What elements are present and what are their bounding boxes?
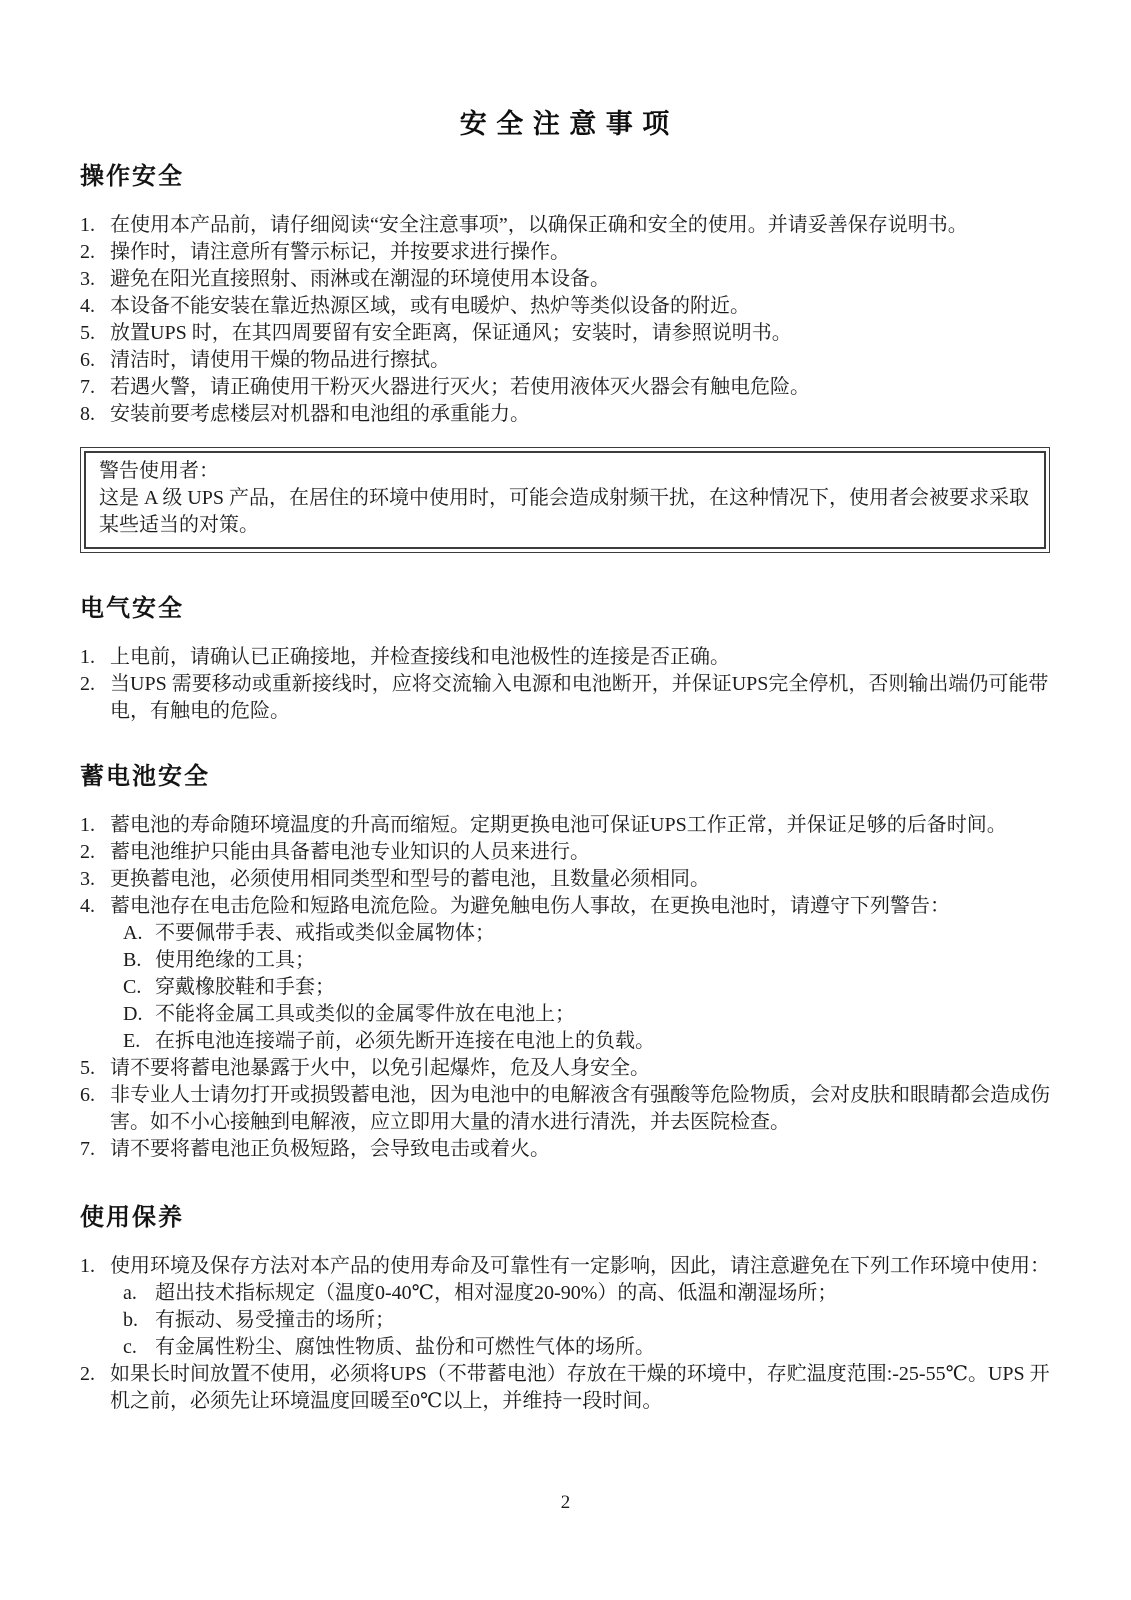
section-heading-operation-safety: 操作安全 bbox=[80, 162, 1050, 192]
list-item-text: 不能将金属工具或类似的金属零件放在电池上； bbox=[155, 1001, 1050, 1028]
list-item-text: 若遇火警，请正确使用干粉灭火器进行灭火；若使用液体灭火器会有触电危险。 bbox=[110, 374, 1050, 401]
list-item: 4.蓄电池存在电击危险和短路电流危险。为避免触电伤人事故，在更换电池时，请遵守下… bbox=[80, 893, 1050, 920]
list-item: 7.请不要将蓄电池正负极短路，会导致电击或着火。 bbox=[80, 1136, 1050, 1163]
list-item-number: 2. bbox=[80, 239, 110, 266]
list-item-text: 在使用本产品前，请仔细阅读“安全注意事项”，以确保正确和安全的使用。并请妥善保存… bbox=[110, 212, 1050, 239]
list-item-number: 1. bbox=[80, 812, 110, 839]
list-item-text: 穿戴橡胶鞋和手套； bbox=[155, 974, 1050, 1001]
list-item: 2.如果长时间放置不使用，必须将UPS（不带蓄电池）存放在干燥的环境中，存贮温度… bbox=[80, 1361, 1050, 1415]
list-item: c.有金属性粉尘、腐蚀性物质、盐份和可燃性气体的场所。 bbox=[80, 1334, 1050, 1361]
list-item-number: c. bbox=[123, 1334, 155, 1361]
list-item-text: 请不要将蓄电池正负极短路，会导致电击或着火。 bbox=[110, 1136, 1050, 1163]
list-item: A.不要佩带手表、戒指或类似金属物体； bbox=[80, 920, 1050, 947]
list-item-number: B. bbox=[123, 947, 155, 974]
warning-box-inner: 警告使用者：这是 A 级 UPS 产品，在居住的环境中使用时，可能会造成射频干扰… bbox=[84, 451, 1046, 549]
warning-box-line: 警告使用者： bbox=[99, 458, 1032, 485]
list-item-number: E. bbox=[123, 1028, 155, 1055]
list-item-number: 3. bbox=[80, 266, 110, 293]
list-item-number: D. bbox=[123, 1001, 155, 1028]
list-item: b.有振动、易受撞击的场所； bbox=[80, 1307, 1050, 1334]
document-page: 安 全 注 意 事 项 操作安全1.在使用本产品前，请仔细阅读“安全注意事项”，… bbox=[0, 0, 1131, 1600]
list-item-text: 蓄电池存在电击危险和短路电流危险。为避免触电伤人事故，在更换电池时，请遵守下列警… bbox=[110, 893, 1050, 920]
list-item-number: 1. bbox=[80, 212, 110, 239]
list-item: 4.本设备不能安装在靠近热源区域，或有电暖炉、热炉等类似设备的附近。 bbox=[80, 293, 1050, 320]
list-item-number: a. bbox=[123, 1280, 155, 1307]
document-body: 操作安全1.在使用本产品前，请仔细阅读“安全注意事项”，以确保正确和安全的使用。… bbox=[80, 162, 1050, 1415]
list-item-number: A. bbox=[123, 920, 155, 947]
list-item-text: 有金属性粉尘、腐蚀性物质、盐份和可燃性气体的场所。 bbox=[155, 1334, 1050, 1361]
section-electrical-safety: 电气安全1.上电前，请确认已正确接地，并检查接线和电池极性的连接是否正确。2.当… bbox=[80, 594, 1050, 725]
list-item: B.使用绝缘的工具； bbox=[80, 947, 1050, 974]
list-item-text: 当UPS 需要移动或重新接线时，应将交流输入电源和电池断开，并保证UPS完全停机… bbox=[110, 671, 1050, 725]
list-item-number: 4. bbox=[80, 893, 110, 920]
document-title: 安 全 注 意 事 项 bbox=[80, 0, 1050, 140]
item-list-electrical-safety: 1.上电前，请确认已正确接地，并检查接线和电池极性的连接是否正确。2.当UPS … bbox=[80, 644, 1050, 725]
list-item-text: 使用绝缘的工具； bbox=[155, 947, 1050, 974]
list-item: 8.安装前要考虑楼层对机器和电池组的承重能力。 bbox=[80, 401, 1050, 428]
list-item-number: 5. bbox=[80, 320, 110, 347]
list-item-number: 4. bbox=[80, 293, 110, 320]
list-item: 3.更换蓄电池，必须使用相同类型和型号的蓄电池，且数量必须相同。 bbox=[80, 866, 1050, 893]
list-item-text: 请不要将蓄电池暴露于火中，以免引起爆炸，危及人身安全。 bbox=[110, 1055, 1050, 1082]
list-item-text: 在拆电池连接端子前，必须先断开连接在电池上的负载。 bbox=[155, 1028, 1050, 1055]
list-item-number: 1. bbox=[80, 644, 110, 671]
list-item-number: 2. bbox=[80, 839, 110, 866]
list-item-number: 7. bbox=[80, 374, 110, 401]
section-operation-safety: 操作安全1.在使用本产品前，请仔细阅读“安全注意事项”，以确保正确和安全的使用。… bbox=[80, 162, 1050, 428]
list-item-text: 蓄电池的寿命随环境温度的升高而缩短。定期更换电池可保证UPS工作正常，并保证足够… bbox=[110, 812, 1050, 839]
list-item: E.在拆电池连接端子前，必须先断开连接在电池上的负载。 bbox=[80, 1028, 1050, 1055]
list-item: 7.若遇火警，请正确使用干粉灭火器进行灭火；若使用液体灭火器会有触电危险。 bbox=[80, 374, 1050, 401]
list-item: a.超出技术指标规定（温度0-40℃，相对湿度20-90%）的高、低温和潮湿场所… bbox=[80, 1280, 1050, 1307]
list-item-number: 2. bbox=[80, 671, 110, 698]
list-item-text: 安装前要考虑楼层对机器和电池组的承重能力。 bbox=[110, 401, 1050, 428]
page-number: 2 bbox=[0, 1492, 1131, 1514]
list-item: 5.请不要将蓄电池暴露于火中，以免引起爆炸，危及人身安全。 bbox=[80, 1055, 1050, 1082]
list-item: 3.避免在阳光直接照射、雨淋或在潮湿的环境使用本设备。 bbox=[80, 266, 1050, 293]
list-item: 2.蓄电池维护只能由具备蓄电池专业知识的人员来进行。 bbox=[80, 839, 1050, 866]
list-item-text: 避免在阳光直接照射、雨淋或在潮湿的环境使用本设备。 bbox=[110, 266, 1050, 293]
list-item-text: 上电前，请确认已正确接地，并检查接线和电池极性的连接是否正确。 bbox=[110, 644, 1050, 671]
list-item: 1.上电前，请确认已正确接地，并检查接线和电池极性的连接是否正确。 bbox=[80, 644, 1050, 671]
list-item-text: 清洁时，请使用干燥的物品进行擦拭。 bbox=[110, 347, 1050, 374]
list-item: 1.蓄电池的寿命随环境温度的升高而缩短。定期更换电池可保证UPS工作正常，并保证… bbox=[80, 812, 1050, 839]
list-item: 6.清洁时，请使用干燥的物品进行擦拭。 bbox=[80, 347, 1050, 374]
list-item-text: 有振动、易受撞击的场所； bbox=[155, 1307, 1050, 1334]
section-heading-usage-maintenance: 使用保养 bbox=[80, 1203, 1050, 1233]
list-item-text: 操作时，请注意所有警示标记，并按要求进行操作。 bbox=[110, 239, 1050, 266]
item-list-operation-safety: 1.在使用本产品前，请仔细阅读“安全注意事项”，以确保正确和安全的使用。并请妥善… bbox=[80, 212, 1050, 428]
list-item-number: 6. bbox=[80, 1082, 110, 1109]
item-list-battery-safety: 1.蓄电池的寿命随环境温度的升高而缩短。定期更换电池可保证UPS工作正常，并保证… bbox=[80, 812, 1050, 1163]
list-item: 5.放置UPS 时，在其四周要留有安全距离，保证通风；安装时，请参照说明书。 bbox=[80, 320, 1050, 347]
list-item-number: b. bbox=[123, 1307, 155, 1334]
list-item-text: 放置UPS 时，在其四周要留有安全距离，保证通风；安装时，请参照说明书。 bbox=[110, 320, 1050, 347]
list-item: D.不能将金属工具或类似的金属零件放在电池上； bbox=[80, 1001, 1050, 1028]
list-item-text: 蓄电池维护只能由具备蓄电池专业知识的人员来进行。 bbox=[110, 839, 1050, 866]
list-item: 2.当UPS 需要移动或重新接线时，应将交流输入电源和电池断开，并保证UPS完全… bbox=[80, 671, 1050, 725]
list-item: 2.操作时，请注意所有警示标记，并按要求进行操作。 bbox=[80, 239, 1050, 266]
list-item-text: 如果长时间放置不使用，必须将UPS（不带蓄电池）存放在干燥的环境中，存贮温度范围… bbox=[110, 1361, 1050, 1415]
item-list-usage-maintenance: 1.使用环境及保存方法对本产品的使用寿命及可靠性有一定影响，因此，请注意避免在下… bbox=[80, 1253, 1050, 1415]
list-item-number: 3. bbox=[80, 866, 110, 893]
list-item-number: 7. bbox=[80, 1136, 110, 1163]
list-item-text: 更换蓄电池，必须使用相同类型和型号的蓄电池，且数量必须相同。 bbox=[110, 866, 1050, 893]
list-item-text: 不要佩带手表、戒指或类似金属物体； bbox=[155, 920, 1050, 947]
warning-box: 警告使用者：这是 A 级 UPS 产品，在居住的环境中使用时，可能会造成射频干扰… bbox=[80, 447, 1050, 553]
list-item-number: 8. bbox=[80, 401, 110, 428]
list-item-number: 5. bbox=[80, 1055, 110, 1082]
list-item-text: 使用环境及保存方法对本产品的使用寿命及可靠性有一定影响，因此，请注意避免在下列工… bbox=[110, 1253, 1050, 1280]
list-item-text: 本设备不能安装在靠近热源区域，或有电暖炉、热炉等类似设备的附近。 bbox=[110, 293, 1050, 320]
section-battery-safety: 蓄电池安全1.蓄电池的寿命随环境温度的升高而缩短。定期更换电池可保证UPS工作正… bbox=[80, 762, 1050, 1163]
list-item-number: 6. bbox=[80, 347, 110, 374]
list-item-text: 超出技术指标规定（温度0-40℃，相对湿度20-90%）的高、低温和潮湿场所； bbox=[155, 1280, 1050, 1307]
list-item-number: 1. bbox=[80, 1253, 110, 1280]
list-item-number: 2. bbox=[80, 1361, 110, 1388]
list-item: C.穿戴橡胶鞋和手套； bbox=[80, 974, 1050, 1001]
list-item: 1.使用环境及保存方法对本产品的使用寿命及可靠性有一定影响，因此，请注意避免在下… bbox=[80, 1253, 1050, 1280]
section-heading-electrical-safety: 电气安全 bbox=[80, 594, 1050, 624]
section-heading-battery-safety: 蓄电池安全 bbox=[80, 762, 1050, 792]
list-item: 6.非专业人士请勿打开或损毁蓄电池，因为电池中的电解液含有强酸等危险物质，会对皮… bbox=[80, 1082, 1050, 1136]
list-item: 1.在使用本产品前，请仔细阅读“安全注意事项”，以确保正确和安全的使用。并请妥善… bbox=[80, 212, 1050, 239]
warning-box-line: 这是 A 级 UPS 产品，在居住的环境中使用时，可能会造成射频干扰，在这种情况… bbox=[99, 485, 1032, 539]
list-item-text: 非专业人士请勿打开或损毁蓄电池，因为电池中的电解液含有强酸等危险物质，会对皮肤和… bbox=[110, 1082, 1050, 1136]
section-usage-maintenance: 使用保养1.使用环境及保存方法对本产品的使用寿命及可靠性有一定影响，因此，请注意… bbox=[80, 1203, 1050, 1415]
list-item-number: C. bbox=[123, 974, 155, 1001]
